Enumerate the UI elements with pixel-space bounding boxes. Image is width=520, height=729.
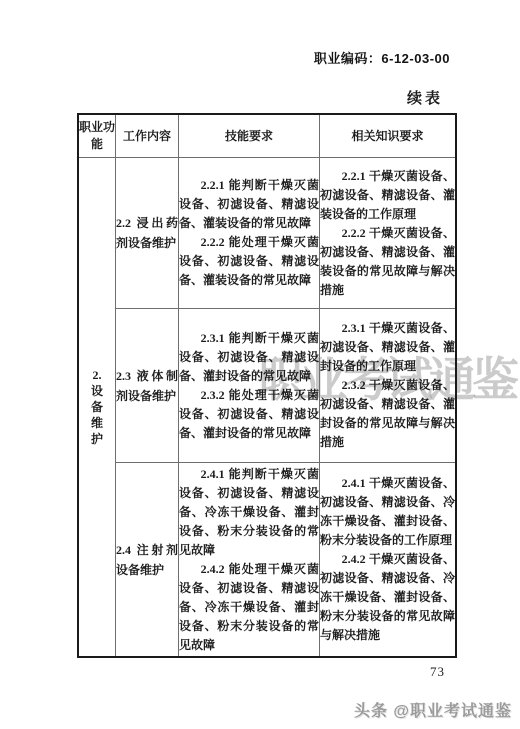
work-content-cell: 2.2 浸出药剂设备维护 [116, 158, 179, 309]
work-content-cell: 2.4 注射剂设备维护 [116, 463, 179, 658]
header-skill-requirements: 技能要求 [179, 114, 320, 158]
function-char: 设 [79, 383, 115, 399]
function-char: 护 [79, 431, 115, 447]
function-number: 2. [79, 367, 115, 383]
knowledge-item: 2.4.2 干燥灭菌设备、初滤设备、精滤设备、冷冻干燥设备、灌封设备、粉末分装设… [320, 550, 455, 645]
skill-requirements-cell: 2.2.1 能判断干燥灭菌设备、初滤设备、精滤设备、灌装设备的常见故障 2.2.… [179, 158, 320, 309]
skill-item: 2.2.2 能处理干燥灭菌设备、初滤设备、精滤设备、灌装设备的常见故障 [179, 233, 319, 290]
skill-item: 2.3.2 能处理干燥灭菌设备、初滤设备、精滤设备、灌封设备的常见故障 [179, 386, 319, 443]
skill-item: 2.4.1 能判断干燥灭菌设备、初滤设备、精滤设备、冷冻干燥设备、灌封设备、粉末… [179, 465, 319, 560]
knowledge-item: 2.4.1 干燥灭菌设备、初滤设备、精滤设备、冷冻干燥设备、灌封设备、粉末分装设… [320, 474, 455, 550]
work-content-cell: 2.3 液体制剂设备维护 [116, 309, 179, 463]
table-row: 2.3 液体制剂设备维护 2.3.1 能判断干燥灭菌设备、初滤设备、精滤设备、灌… [78, 309, 456, 463]
standard-requirements-table: 职业功能 工作内容 技能要求 相关知识要求 2. 设 备 维 护 2.2 浸出药… [77, 113, 457, 658]
knowledge-item: 2.2.1 干燥灭菌设备、初滤设备、精滤设备、灌装设备的工作原理 [320, 167, 455, 224]
knowledge-requirements-cell: 2.2.1 干燥灭菌设备、初滤设备、精滤设备、灌装设备的工作原理 2.2.2 干… [320, 158, 457, 309]
knowledge-requirements-cell: 2.4.1 干燥灭菌设备、初滤设备、精滤设备、冷冻干燥设备、灌封设备、粉末分装设… [320, 463, 457, 658]
bottom-watermark: 头条 @职业考试通鉴 [354, 698, 512, 721]
skill-requirements-cell: 2.4.1 能判断干燥灭菌设备、初滤设备、精滤设备、冷冻干燥设备、灌封设备、粉末… [179, 463, 320, 658]
continued-table-label: 续表 [407, 87, 443, 108]
header-knowledge-requirements: 相关知识要求 [320, 114, 457, 158]
knowledge-item: 2.3.1 干燥灭菌设备、初滤设备、精滤设备、灌封设备的工作原理 [320, 319, 455, 376]
knowledge-requirements-cell: 2.3.1 干燥灭菌设备、初滤设备、精滤设备、灌封设备的工作原理 2.3.2 干… [320, 309, 457, 463]
header-work-content: 工作内容 [116, 114, 179, 158]
skill-item: 2.3.1 能判断干燥灭菌设备、初滤设备、精滤设备、灌封设备的常见故障 [179, 329, 319, 386]
occupation-code: 职业编码：6-12-03-00 [314, 48, 450, 67]
knowledge-item: 2.2.2 干燥灭菌设备、初滤设备、精滤设备、灌装设备的常见故障与解决措施 [320, 224, 455, 300]
function-char: 维 [79, 415, 115, 431]
table-row: 2.4 注射剂设备维护 2.4.1 能判断干燥灭菌设备、初滤设备、精滤设备、冷冻… [78, 463, 456, 658]
table-header-row: 职业功能 工作内容 技能要求 相关知识要求 [78, 114, 456, 158]
header-function: 职业功能 [78, 114, 116, 158]
skill-requirements-cell: 2.3.1 能判断干燥灭菌设备、初滤设备、精滤设备、灌封设备的常见故障 2.3.… [179, 309, 320, 463]
skill-item: 2.2.1 能判断干燥灭菌设备、初滤设备、精滤设备、灌装设备的常见故障 [179, 176, 319, 233]
function-cell-equipment-maintenance: 2. 设 备 维 护 [78, 158, 116, 658]
table-row: 2. 设 备 维 护 2.2 浸出药剂设备维护 2.2.1 能判断干燥灭菌设备、… [78, 158, 456, 309]
skill-item: 2.4.2 能处理干燥灭菌设备、初滤设备、精滤设备、冷冻干燥设备、灌封设备、粉末… [179, 560, 319, 655]
knowledge-item: 2.3.2 干燥灭菌设备、初滤设备、精滤设备、灌封设备的常见故障与解决措施 [320, 376, 455, 452]
page-number: 73 [430, 664, 445, 680]
function-char: 备 [79, 399, 115, 415]
